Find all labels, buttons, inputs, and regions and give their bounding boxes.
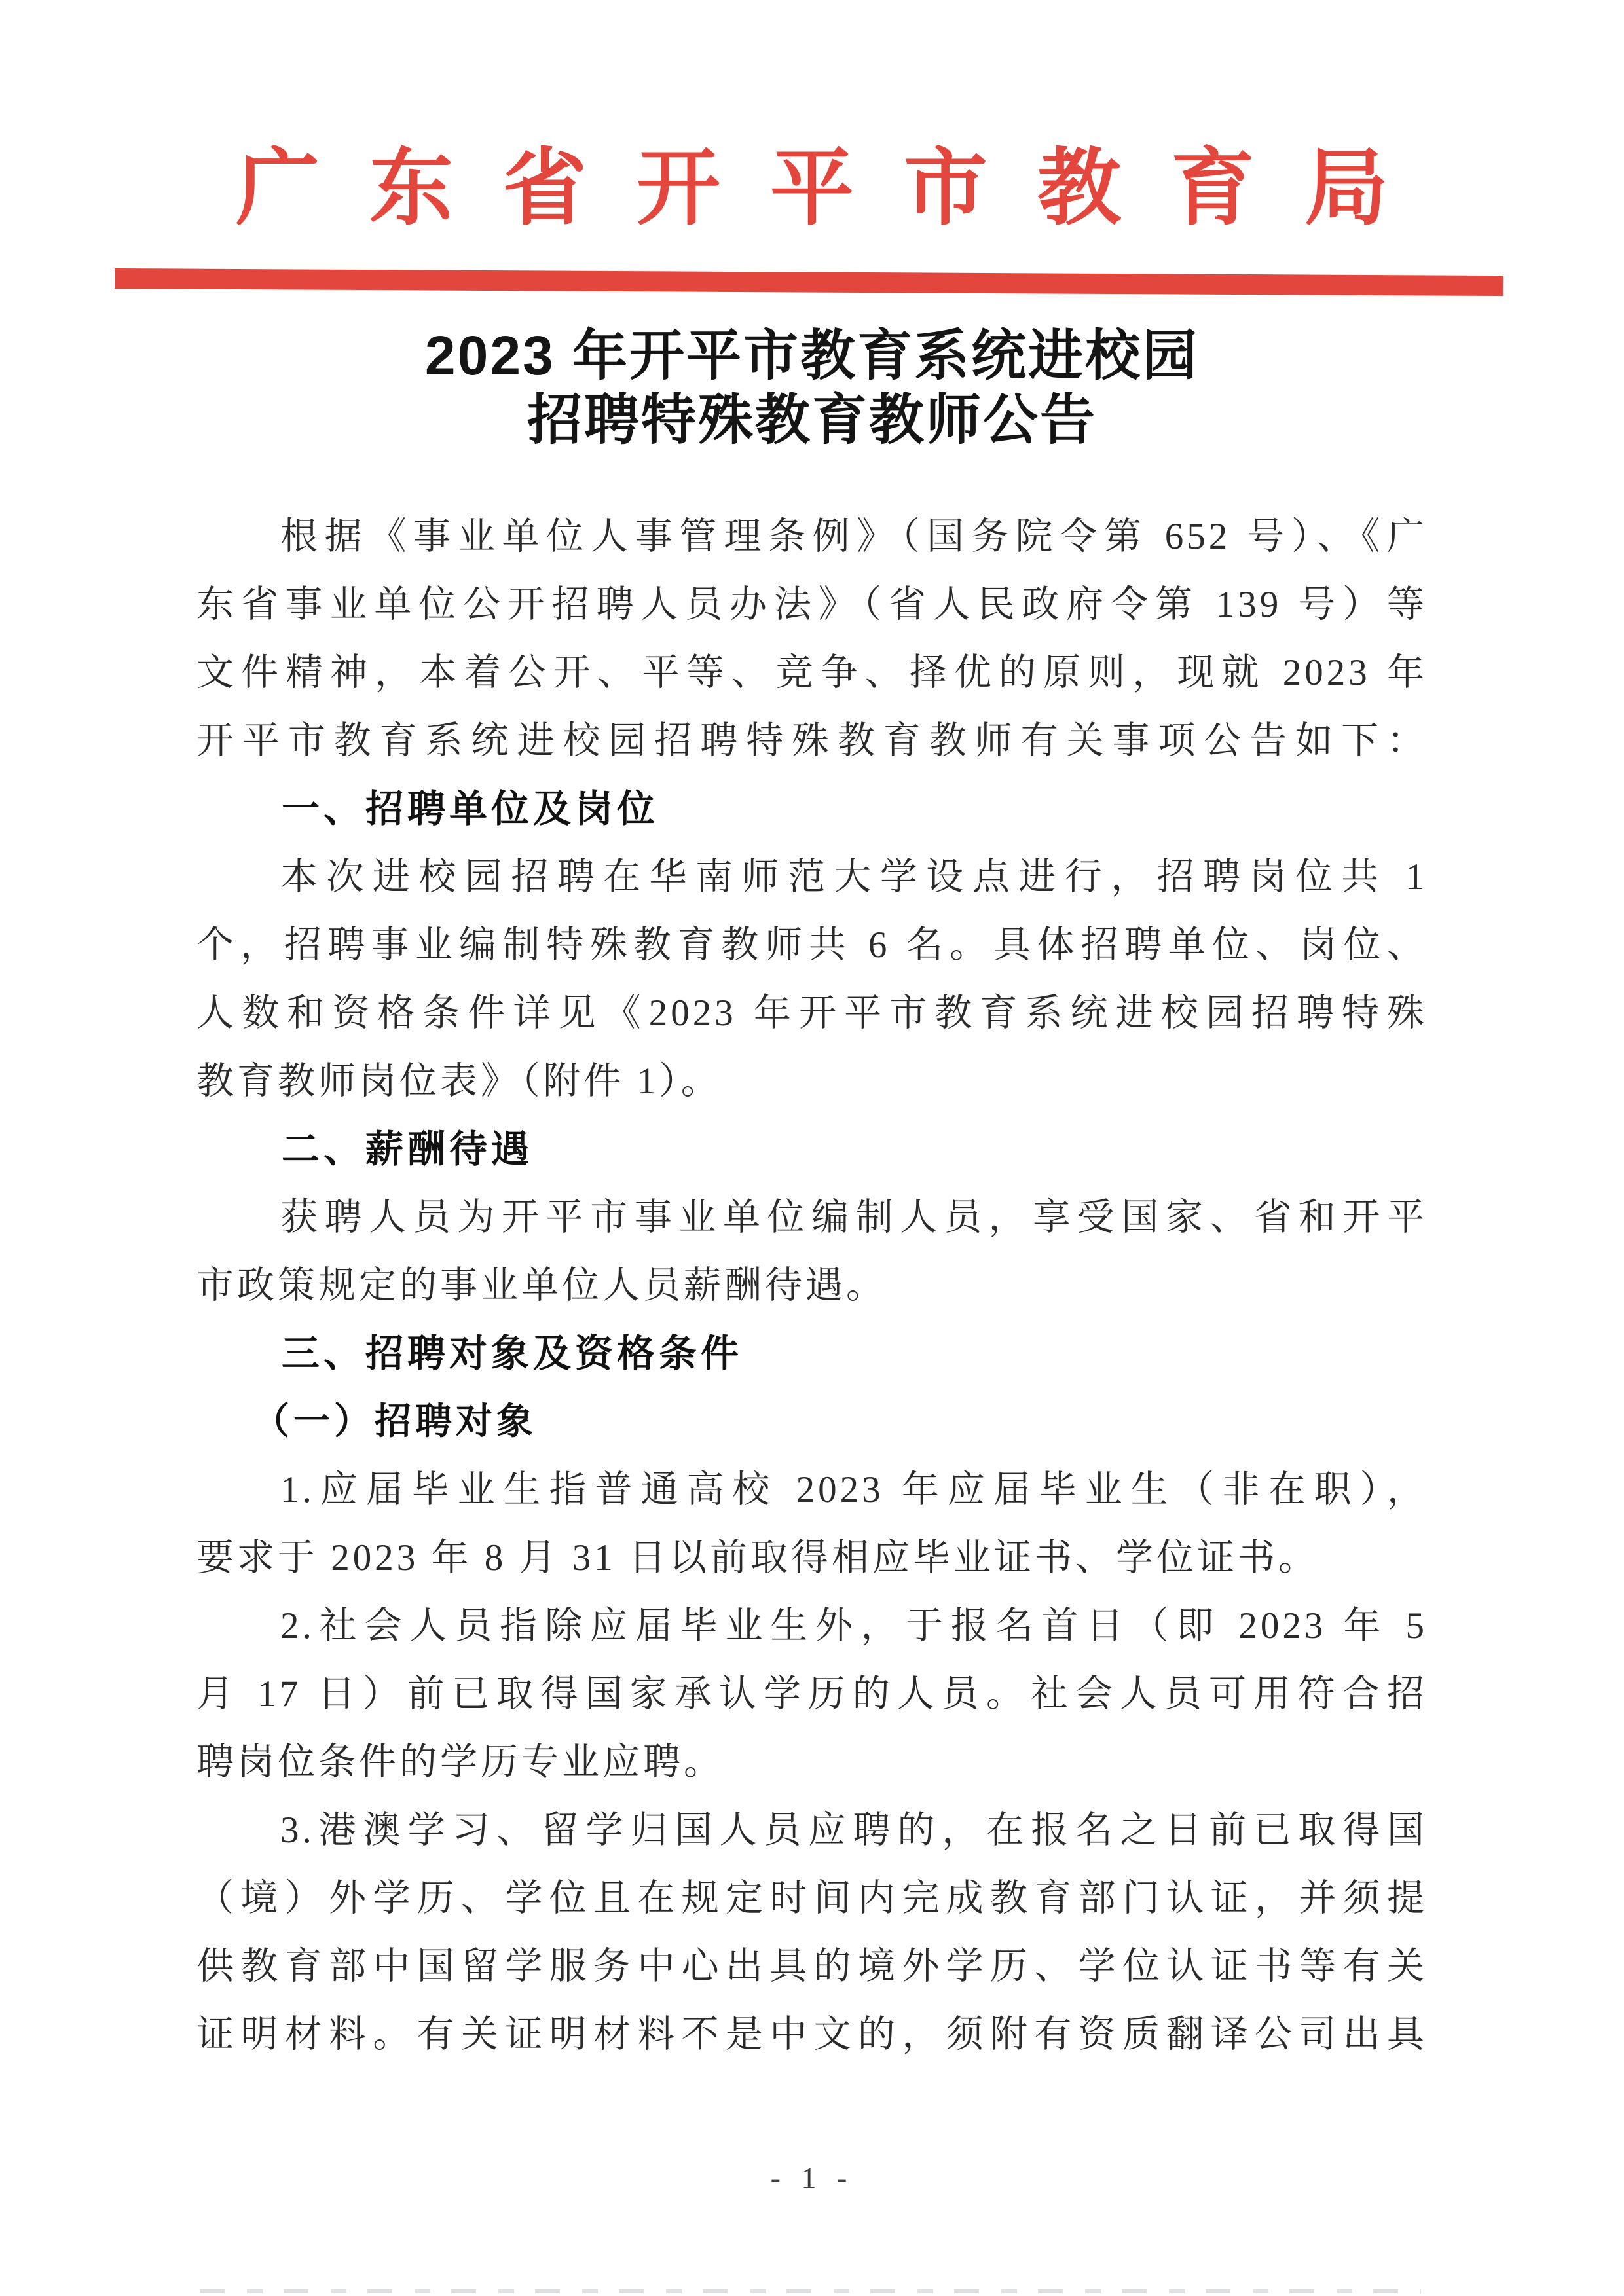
section-heading: 三、招聘对象及资格条件 xyxy=(196,1320,1428,1388)
document-title-line1: 2023 年开平市教育系统进校园 xyxy=(0,323,1624,388)
section-heading: 二、薪酬待遇 xyxy=(196,1116,1428,1184)
letterhead-organization: 广东省开平市教育局 xyxy=(0,143,1624,234)
body-text-line: 人数和资格条件详见《2023 年开平市教育系统进校园招聘特殊 xyxy=(196,979,1428,1048)
page-footer: - 1 - xyxy=(0,2160,1624,2196)
body-text-line: 要求于 2023 年 8 月 31 日以前取得相应毕业证书、学位证书。 xyxy=(196,1524,1428,1592)
document-title-line2: 招聘特殊教育教师公告 xyxy=(0,388,1624,452)
scan-artifact-line xyxy=(200,2289,1421,2293)
document-body: 根据《事业单位人事管理条例》（国务院令第 652 号）、《广东省事业单位公开招聘… xyxy=(196,503,1428,2069)
body-text-line: 东省事业单位公开招聘人员办法》（省人民政府令第 139 号）等 xyxy=(196,571,1428,639)
document-title: 2023 年开平市教育系统进校园 招聘特殊教育教师公告 xyxy=(0,323,1624,452)
body-text-line: 教育教师岗位表》（附件 1）。 xyxy=(196,1048,1428,1116)
letterhead-rule xyxy=(115,268,1503,296)
body-text-line: 3.港澳学习、留学归国人员应聘的，在报名之日前已取得国 xyxy=(196,1796,1428,1865)
section-heading: 一、招聘单位及岗位 xyxy=(196,775,1428,843)
body-text-line: 文件精神，本着公开、平等、竞争、择优的原则，现就 2023 年 xyxy=(196,639,1428,707)
body-text-line: 2.社会人员指除应届毕业生外，于报名首日（即 2023 年 5 xyxy=(196,1592,1428,1660)
body-text-line: 开平市教育系统进校园招聘特殊教育教师有关事项公告如下： xyxy=(196,707,1428,775)
body-text-line: 聘岗位条件的学历专业应聘。 xyxy=(196,1728,1428,1796)
body-text-line: 证明材料。有关证明材料不是中文的，须附有资质翻译公司出具 xyxy=(196,2001,1428,2069)
body-text-line: （境）外学历、学位且在规定时间内完成教育部门认证，并须提 xyxy=(196,1865,1428,1933)
subsection-heading: （一）招聘对象 xyxy=(196,1388,1428,1456)
scanned-document-page: 广东省开平市教育局 2023 年开平市教育系统进校园 招聘特殊教育教师公告 根据… xyxy=(0,0,1624,2296)
body-text-line: 月 17 日）前已取得国家承认学历的人员。社会人员可用符合招 xyxy=(196,1660,1428,1728)
page-number: - 1 - xyxy=(771,2161,854,2195)
organization-name: 广东省开平市教育局 xyxy=(236,142,1438,235)
body-text-line: 获聘人员为开平市事业单位编制人员，享受国家、省和开平 xyxy=(196,1184,1428,1252)
body-text-line: 供教育部中国留学服务中心出具的境外学历、学位认证书等有关 xyxy=(196,1933,1428,2001)
body-text-line: 市政策规定的事业单位人员薪酬待遇。 xyxy=(196,1252,1428,1320)
body-text-line: 个，招聘事业编制特殊教育教师共 6 名。具体招聘单位、岗位、 xyxy=(196,911,1428,979)
body-text-line: 1.应届毕业生指普通高校 2023 年应届毕业生（非在职）， xyxy=(196,1456,1428,1524)
body-text-line: 本次进校园招聘在华南师范大学设点进行，招聘岗位共 1 xyxy=(196,843,1428,911)
body-text-line: 根据《事业单位人事管理条例》（国务院令第 652 号）、《广 xyxy=(196,503,1428,571)
